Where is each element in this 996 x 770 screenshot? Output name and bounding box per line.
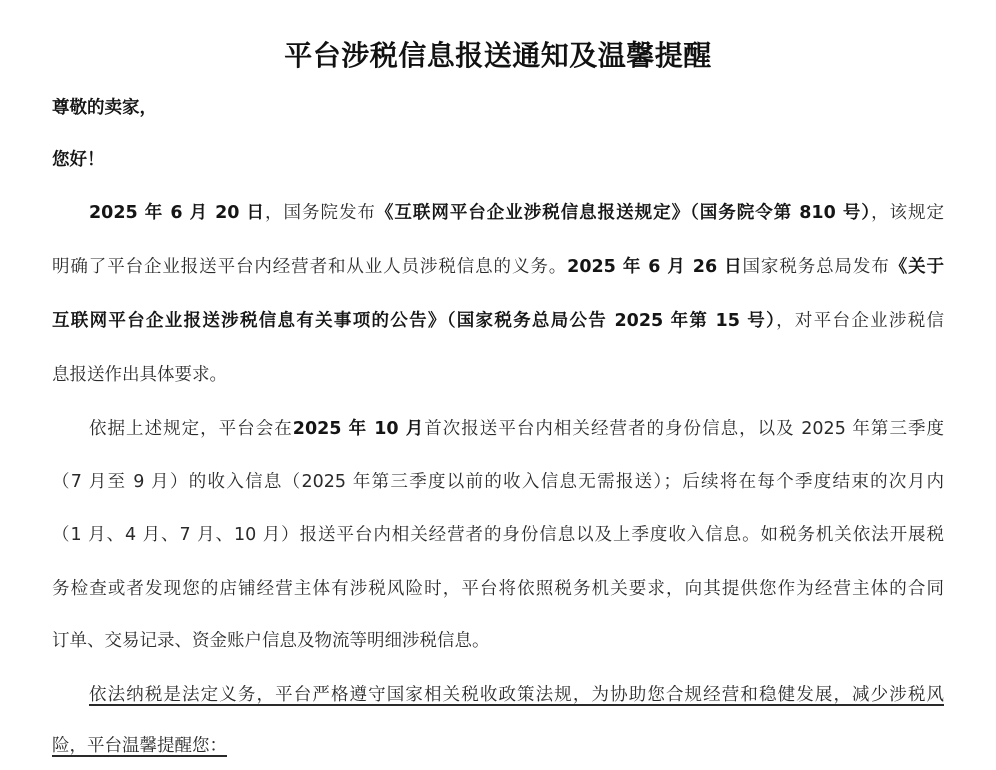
- paragraph2-line2: （7 月至 9 月）的收入信息（2025 年第三季度以前的收入信息无需报送）；后…: [52, 470, 944, 494]
- paragraph1-line4: 息报送作出具体要求。: [52, 363, 944, 387]
- paragraph1-line2: 明确了平台企业报送平台内经营者和从业人员涉税信息的义务。2025 年 6 月 2…: [52, 255, 944, 279]
- notice-title-rest: 互联网平台企业报送涉税信息有关事项的公告》（国家税务总局公告 2025 年第 1…: [52, 311, 776, 331]
- salutation: 尊敬的卖家，: [52, 96, 944, 120]
- paragraph3-line1: 依法纳税是法定义务，平台严格遵守国家相关税收政策法规，为协助您合规经营和稳健发展…: [89, 683, 944, 707]
- underlined-text: 依法纳税是法定义务，平台严格遵守国家相关税收政策法规，为协助您合规经营和稳健发展…: [89, 685, 944, 705]
- text: ，该规定: [871, 203, 944, 223]
- paragraph1-line3: 互联网平台企业报送涉税信息有关事项的公告》（国家税务总局公告 2025 年第 1…: [52, 309, 944, 333]
- paragraph2-line5: 订单、交易记录、资金账户信息及物流等明细涉税信息。: [52, 629, 944, 653]
- text: ，国务院发布: [265, 203, 376, 223]
- text: 首次报送平台内相关经营者的身份信息，以及 2025 年第三季度: [424, 419, 944, 439]
- underlined-text: 险，平台温馨提醒您：: [52, 736, 227, 756]
- text: ，对平台企业涉税信: [776, 311, 944, 331]
- paragraph2-line4: 务检查或者发现您的店铺经营主体有涉税风险时，平台将依照税务机关要求，向其提供您作…: [52, 577, 944, 601]
- document-title: 平台涉税信息报送通知及温馨提醒: [0, 34, 996, 74]
- date-june-26: 2025 年 6 月 26 日: [567, 257, 742, 277]
- law-title: 《互联网平台企业涉税信息报送规定》（国务院令第 810 号）: [376, 203, 871, 223]
- paragraph1-line1: 2025 年 6 月 20 日，国务院发布《互联网平台企业涉税信息报送规定》（国…: [89, 201, 944, 225]
- date-june-20: 2025 年 6 月 20 日: [89, 203, 265, 223]
- date-october: 2025 年 10 月: [293, 419, 424, 439]
- greeting: 您好！: [52, 148, 944, 172]
- paragraph3-line2: 险，平台温馨提醒您：: [52, 734, 944, 758]
- notice-document: 平台涉税信息报送通知及温馨提醒 尊敬的卖家， 您好！ 2025 年 6 月 20…: [0, 0, 996, 770]
- notice-title-start: 《关于: [890, 257, 944, 277]
- text: 国家税务总局发布: [743, 257, 890, 277]
- paragraph2-line3: （1 月、4 月、7 月、10 月）报送平台内相关经营者的身份信息以及上季度收入…: [52, 523, 944, 547]
- paragraph2-line1: 依据上述规定，平台会在2025 年 10 月首次报送平台内相关经营者的身份信息，…: [89, 417, 944, 441]
- text: 依据上述规定，平台会在: [89, 419, 293, 439]
- text: 明确了平台企业报送平台内经营者和从业人员涉税信息的义务。: [52, 257, 567, 277]
